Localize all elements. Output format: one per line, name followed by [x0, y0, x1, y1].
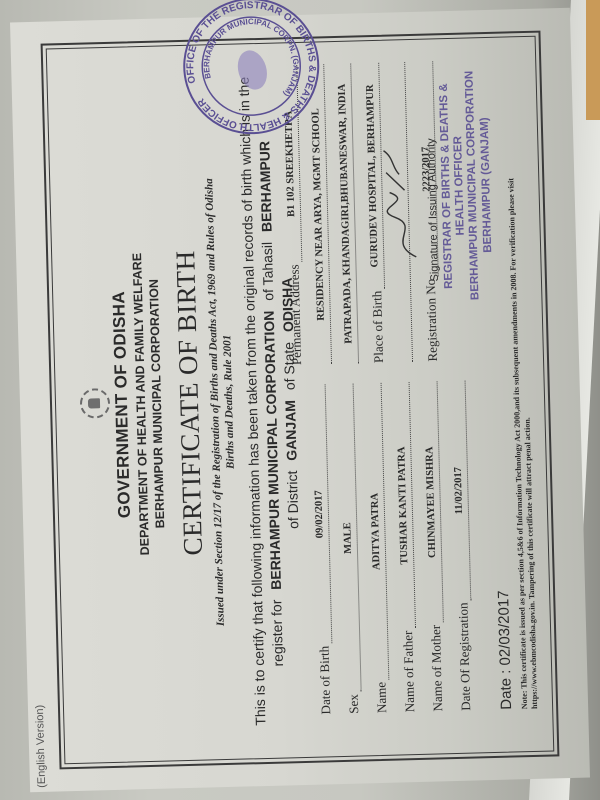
- table-surface: [586, 0, 600, 120]
- registrar-stamp: REGISTRAR OF BIRTHS & DEATHS & HEALTH OF…: [437, 60, 496, 311]
- tahasil-value: BERHAMPUR: [256, 141, 274, 232]
- language-note: (English Version): [34, 705, 48, 788]
- field-name: Name ADITYA PATRA: [366, 383, 391, 713]
- issue-date: Date : 02/03/2017: [495, 590, 515, 710]
- child-details: Date of Birth 09/02/2017 Sex MALE Name A…: [310, 380, 487, 714]
- handwritten-signature: [373, 132, 426, 263]
- tahasil-label: of Tahasil: [259, 242, 277, 301]
- emblem-icon: [233, 47, 271, 93]
- field-mother-name: Name of Mother CHINMAYEE MISHRA: [422, 381, 447, 711]
- address-line-3: PATRAPADA, KHANDAGIRI,BHUBANESWAR, INDIA: [336, 64, 359, 364]
- district-label: of District: [284, 470, 302, 529]
- district-value: GANJAM: [282, 400, 300, 461]
- birth-certificate: (English Version) GOVERNMENT OF ODISHA D…: [10, 8, 590, 792]
- register-for-label: register for: [268, 599, 286, 666]
- field-father-name: Name of Father TUSHAR KANTI PATRA: [394, 382, 419, 712]
- field-date-of-registration: Date Of Registration 11/02/2017: [450, 381, 475, 711]
- field-sex: Sex MALE: [338, 384, 363, 714]
